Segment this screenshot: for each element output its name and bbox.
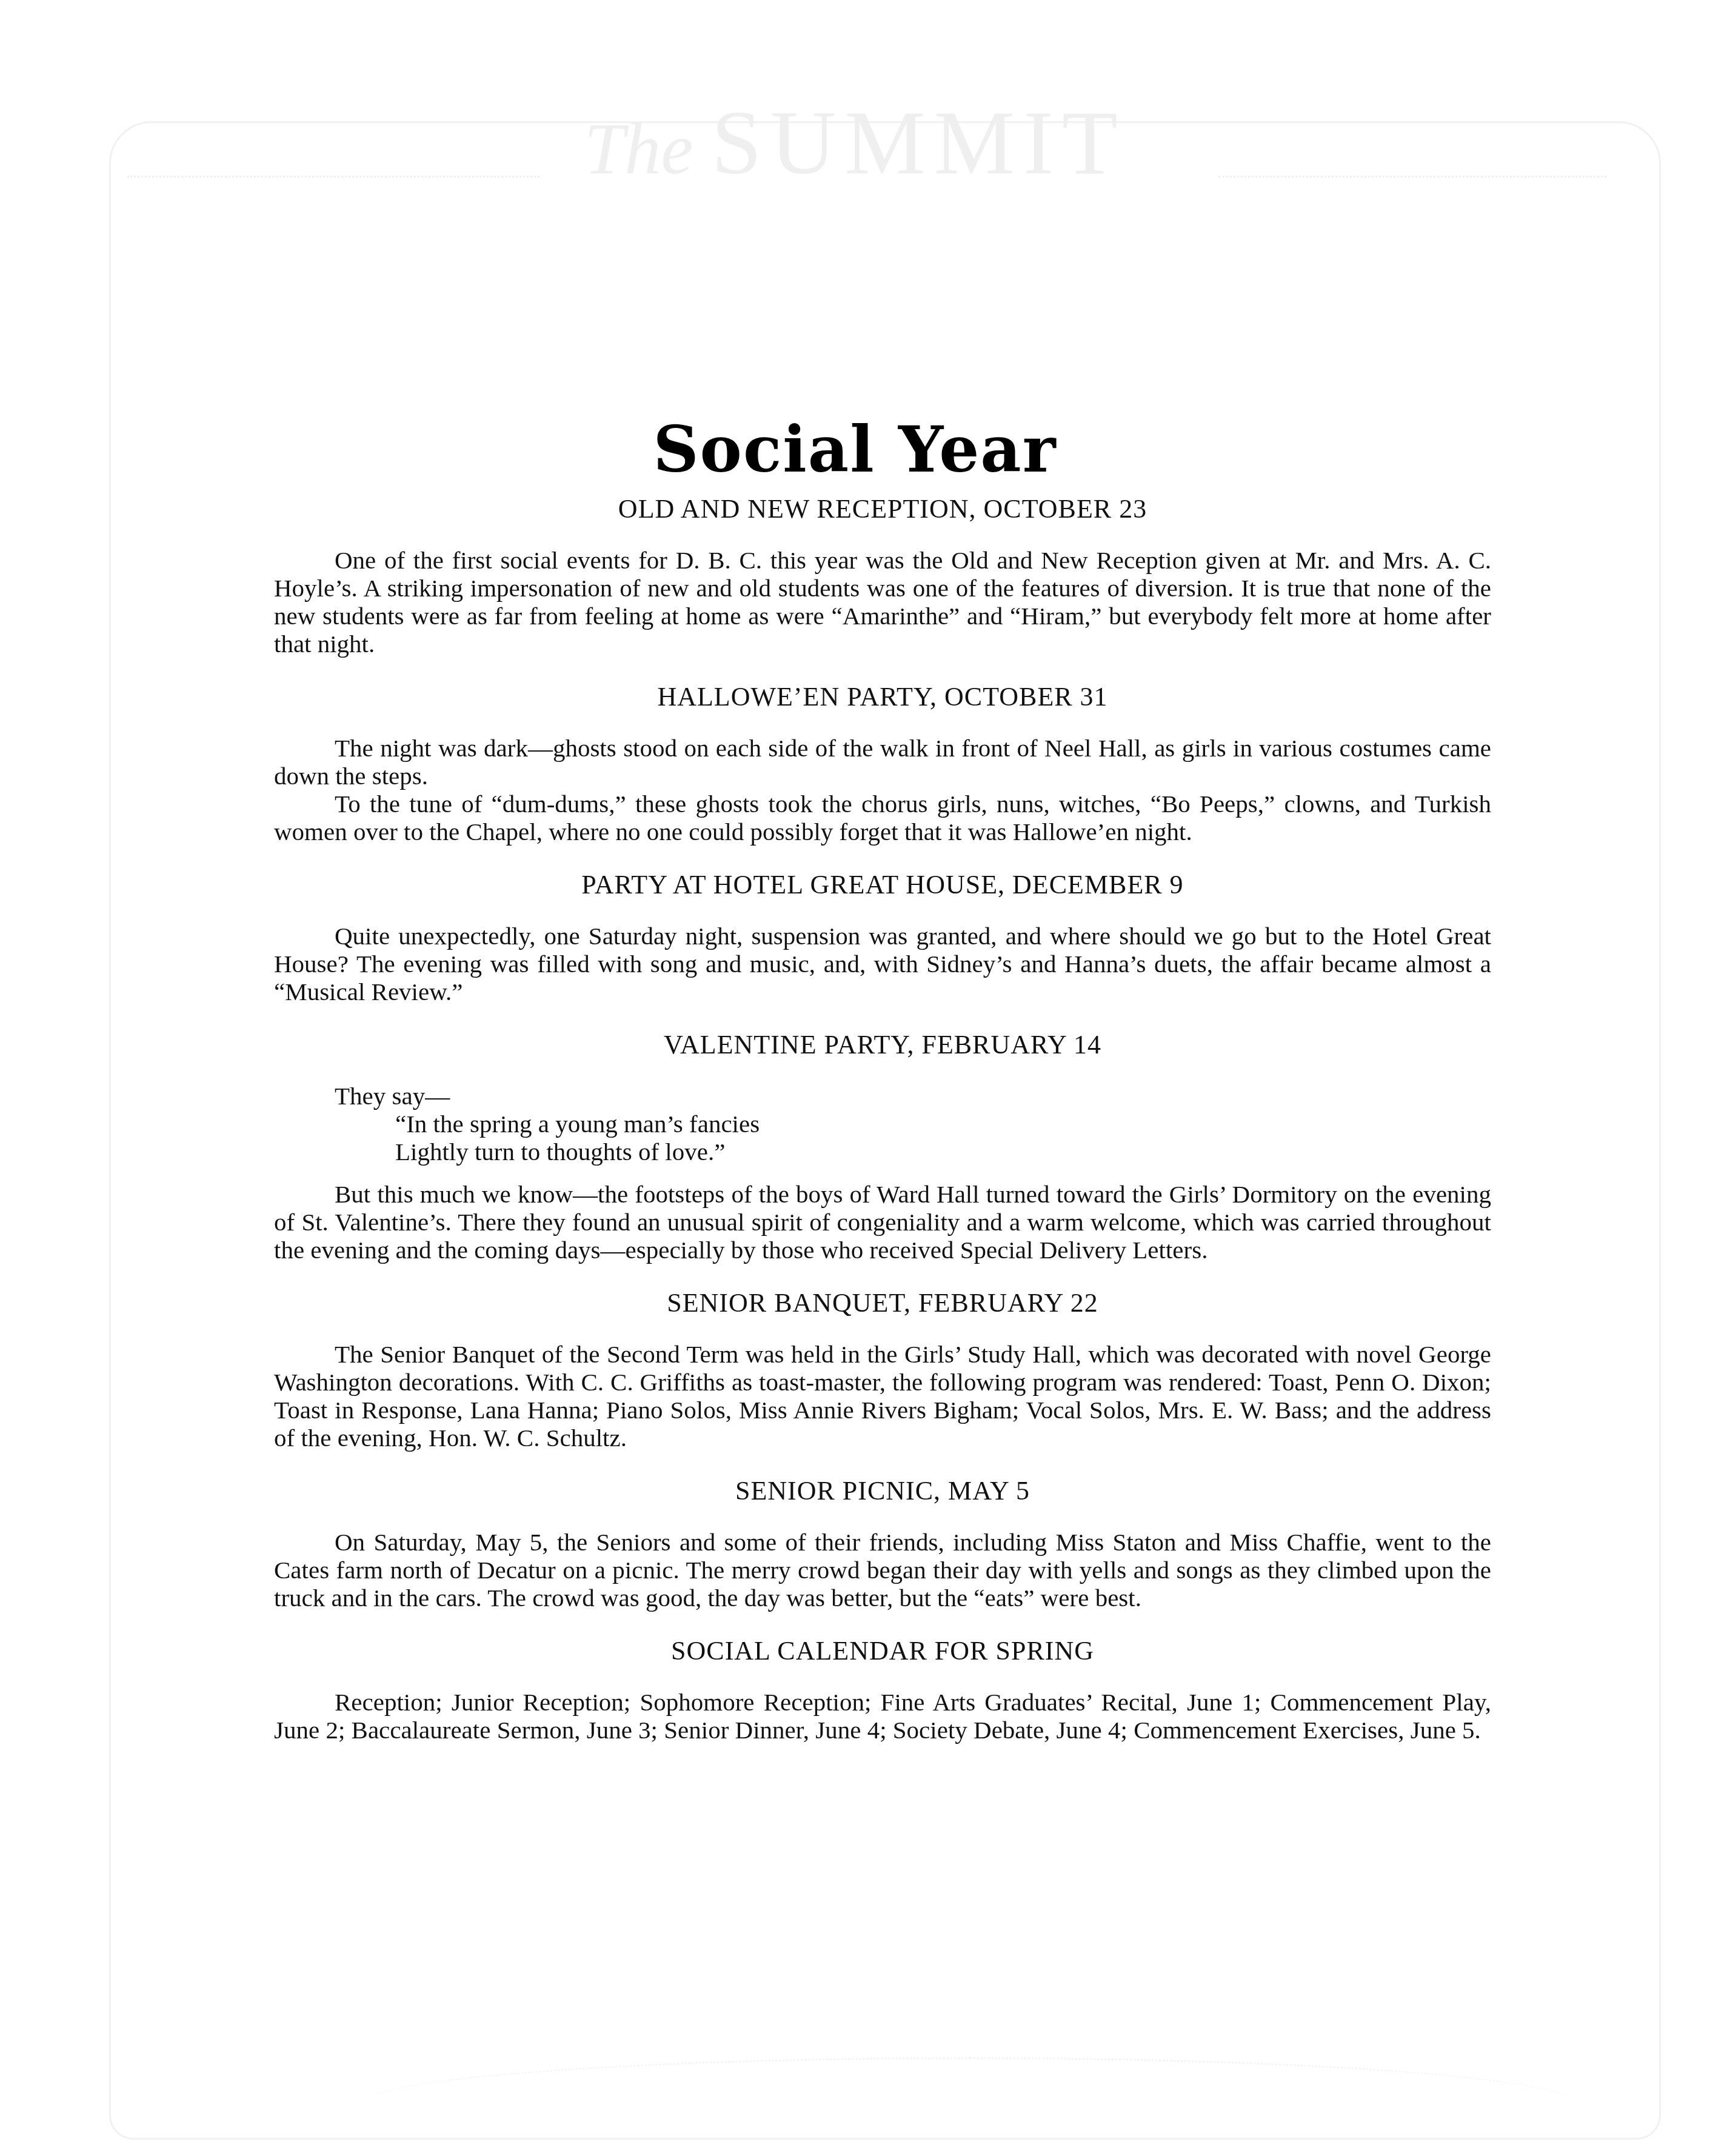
section: PARTY AT HOTEL GREAT HOUSE, DECEMBER 9Qu… <box>274 870 1491 1006</box>
section: OLD AND NEW RECEPTION, OCTOBER 23One of … <box>274 494 1491 658</box>
bottom-ornament <box>364 2057 1576 2150</box>
section: HALLOWE’EN PARTY, OCTOBER 31The night wa… <box>274 682 1491 846</box>
paragraph: The Senior Banquet of the Second Term wa… <box>274 1340 1491 1452</box>
paragraph: Reception; Junior Reception; Sophomore R… <box>274 1688 1491 1744</box>
paragraph: One of the first social events for D. B.… <box>274 546 1491 658</box>
section: VALENTINE PARTY, FEBRUARY 14They say—“In… <box>274 1030 1491 1264</box>
section: SOCIAL CALENDAR FOR SPRINGReception; Jun… <box>274 1636 1491 1744</box>
section-heading: OLD AND NEW RECEPTION, OCTOBER 23 <box>274 494 1491 524</box>
section-heading: SENIOR PICNIC, MAY 5 <box>274 1476 1491 1506</box>
article-body: OLD AND NEW RECEPTION, OCTOBER 23One of … <box>274 494 1491 1768</box>
paragraph: To the tune of “dum-dums,” these ghosts … <box>274 790 1491 846</box>
section-heading: SENIOR BANQUET, FEBRUARY 22 <box>274 1288 1491 1318</box>
verse-lead: They say— <box>274 1082 1491 1110</box>
paragraph: Quite unexpectedly, one Saturday night, … <box>274 922 1491 1006</box>
yearbook-watermark: TheSUMMIT <box>0 91 1710 195</box>
section-heading: HALLOWE’EN PARTY, OCTOBER 31 <box>274 682 1491 712</box>
paragraph: But this much we know—the footsteps of t… <box>274 1180 1491 1264</box>
paragraph: The night was dark—ghosts stood on each … <box>274 734 1491 790</box>
watermark-the: The <box>584 108 693 189</box>
page-title: Social Year <box>0 412 1710 487</box>
verse-line: Lightly turn to thoughts of love.” <box>274 1138 1491 1166</box>
section: SENIOR PICNIC, MAY 5On Saturday, May 5, … <box>274 1476 1491 1612</box>
section-heading: PARTY AT HOTEL GREAT HOUSE, DECEMBER 9 <box>274 870 1491 900</box>
verse-quote: They say—“In the spring a young man’s fa… <box>274 1082 1491 1166</box>
verse-line: “In the spring a young man’s fancies <box>274 1110 1491 1138</box>
section: SENIOR BANQUET, FEBRUARY 22The Senior Ba… <box>274 1288 1491 1452</box>
watermark-name: SUMMIT <box>711 93 1126 193</box>
section-heading: SOCIAL CALENDAR FOR SPRING <box>274 1636 1491 1666</box>
section-heading: VALENTINE PARTY, FEBRUARY 14 <box>274 1030 1491 1060</box>
paragraph: On Saturday, May 5, the Seniors and some… <box>274 1528 1491 1612</box>
